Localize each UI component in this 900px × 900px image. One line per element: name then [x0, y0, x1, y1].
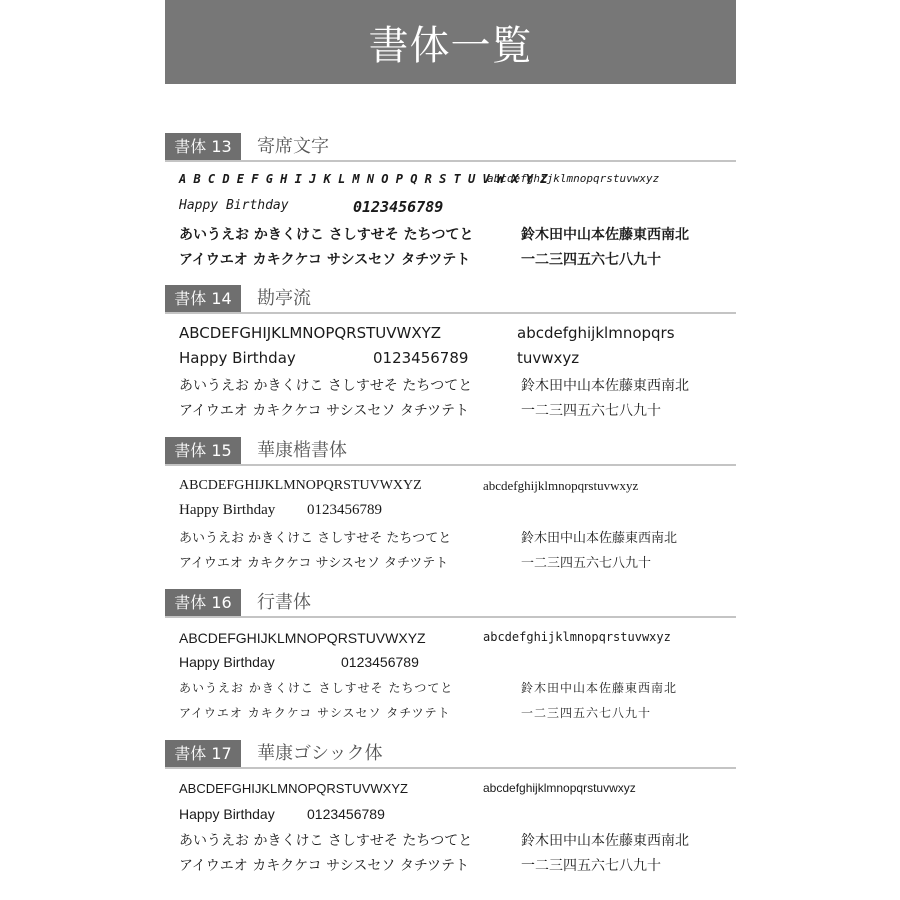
happy-birthday-sample: Happy Birthday [179, 198, 289, 213]
happy-birthday-sample: Happy Birthday [179, 654, 275, 670]
happy-birthday-sample: Happy Birthday [179, 349, 296, 367]
katakana-sample: アイウエオ カキクケコ サシスセソ タチツテト [179, 855, 469, 875]
page-title: 書体一覧 [369, 14, 533, 71]
kanji-sample-1: 鈴木田中山本佐藤東西南北 [521, 830, 689, 850]
happy-birthday-sample: Happy Birthday [179, 502, 275, 519]
kanji-sample-2: 一二三四五六七八九十 [521, 704, 651, 721]
kanji-sample-1: 鈴木田中山本佐藤東西南北 [521, 527, 677, 546]
section-header: 書体 13 寄席文字 [165, 133, 736, 162]
lowercase-sample-continued: tuvwxyz [517, 349, 579, 367]
font-number-badge: 書体 13 [165, 133, 241, 160]
lowercase-sample: abcdefghijklmnopqrstuvwxyz [487, 172, 659, 185]
uppercase-sample: ABCDEFGHIJKLMNOPQRSTUVWXYZ [179, 781, 408, 796]
digits-sample: 0123456789 [307, 502, 382, 519]
font-name: 華康ゴシック体 [257, 740, 383, 767]
katakana-sample: アイウエオ カキクケコ サシスセソ タチツテト [179, 400, 469, 420]
uppercase-sample: ABCDEFGHIJKLMNOPQRSTUVWXYZ [179, 630, 426, 646]
font-number-badge: 書体 15 [165, 437, 241, 464]
font-number-badge: 書体 17 [165, 740, 241, 767]
title-band: 書体一覧 [165, 0, 736, 84]
font-name: 勘亭流 [257, 285, 311, 312]
digits-sample: 0123456789 [307, 806, 385, 822]
kanji-sample-1: 鈴木田中山本佐藤東西南北 [521, 679, 677, 696]
kanji-sample-2: 一二三四五六七八九十 [521, 249, 661, 269]
kanji-sample-2: 一二三四五六七八九十 [521, 400, 661, 420]
font-number-badge: 書体 16 [165, 589, 241, 616]
section-header: 書体 17 華康ゴシック体 [165, 740, 736, 769]
happy-birthday-sample: Happy Birthday [179, 806, 275, 822]
font-section-16: 書体 16 行書体 ABCDEFGHIJKLMNOPQRSTUVWXYZ abc… [165, 589, 736, 618]
uppercase-sample: ABCDEFGHIJKLMNOPQRSTUVWXYZ [179, 478, 422, 494]
font-section-15: 書体 15 華康楷書体 ABCDEFGHIJKLMNOPQRSTUVWXYZ a… [165, 437, 736, 466]
font-number-badge: 書体 14 [165, 285, 241, 312]
kanji-sample-2: 一二三四五六七八九十 [521, 552, 651, 571]
section-header: 書体 14 勘亭流 [165, 285, 736, 314]
lowercase-sample: abcdefghijklmnopqrstuvwxyz [483, 630, 671, 644]
lowercase-sample: abcdefghijklmnopqrs [517, 324, 675, 342]
font-catalog-page: 書体一覧 書体 13 寄席文字 A B C D E F G H I J K L … [165, 0, 736, 84]
digits-sample: 0123456789 [341, 654, 419, 670]
kanji-sample-1: 鈴木田中山本佐藤東西南北 [521, 375, 689, 395]
font-section-17: 書体 17 華康ゴシック体 ABCDEFGHIJKLMNOPQRSTUVWXYZ… [165, 740, 736, 769]
kanji-sample-2: 一二三四五六七八九十 [521, 855, 661, 875]
hiragana-sample: あいうえお かきくけこ さしすせそ たちつてと [179, 830, 472, 850]
section-header: 書体 16 行書体 [165, 589, 736, 618]
lowercase-sample: abcdefghijklmnopqrstuvwxyz [483, 478, 638, 494]
katakana-sample: アイウエオ カキクケコ サシスセソ タチツテト [179, 704, 451, 721]
font-section-14: 書体 14 勘亭流 ABCDEFGHIJKLMNOPQRSTUVWXYZ abc… [165, 285, 736, 314]
digits-sample: 0123456789 [353, 198, 443, 216]
font-name: 寄席文字 [257, 133, 329, 160]
section-header: 書体 15 華康楷書体 [165, 437, 736, 466]
hiragana-sample: あいうえお かきくけこ さしすせそ たちつてと [179, 224, 473, 244]
lowercase-sample: abcdefghijklmnopqrstuvwxyz [483, 781, 636, 795]
font-name: 行書体 [257, 589, 311, 616]
font-section-13: 書体 13 寄席文字 A B C D E F G H I J K L M N O… [165, 133, 736, 162]
kanji-sample-1: 鈴木田中山本佐藤東西南北 [521, 224, 689, 244]
hiragana-sample: あいうえお かきくけこ さしすせそ たちつてと [179, 679, 453, 696]
katakana-sample: アイウエオ カキクケコ サシスセソ タチツテト [179, 249, 470, 269]
katakana-sample: アイウエオ カキクケコ サシスセソ タチツテト [179, 552, 448, 571]
hiragana-sample: あいうえお かきくけこ さしすせそ たちつてと [179, 527, 451, 546]
font-name: 華康楷書体 [257, 437, 347, 464]
uppercase-sample: ABCDEFGHIJKLMNOPQRSTUVWXYZ [179, 324, 441, 342]
hiragana-sample: あいうえお かきくけこ さしすせそ たちつてと [179, 375, 472, 395]
digits-sample: 0123456789 [373, 349, 468, 367]
